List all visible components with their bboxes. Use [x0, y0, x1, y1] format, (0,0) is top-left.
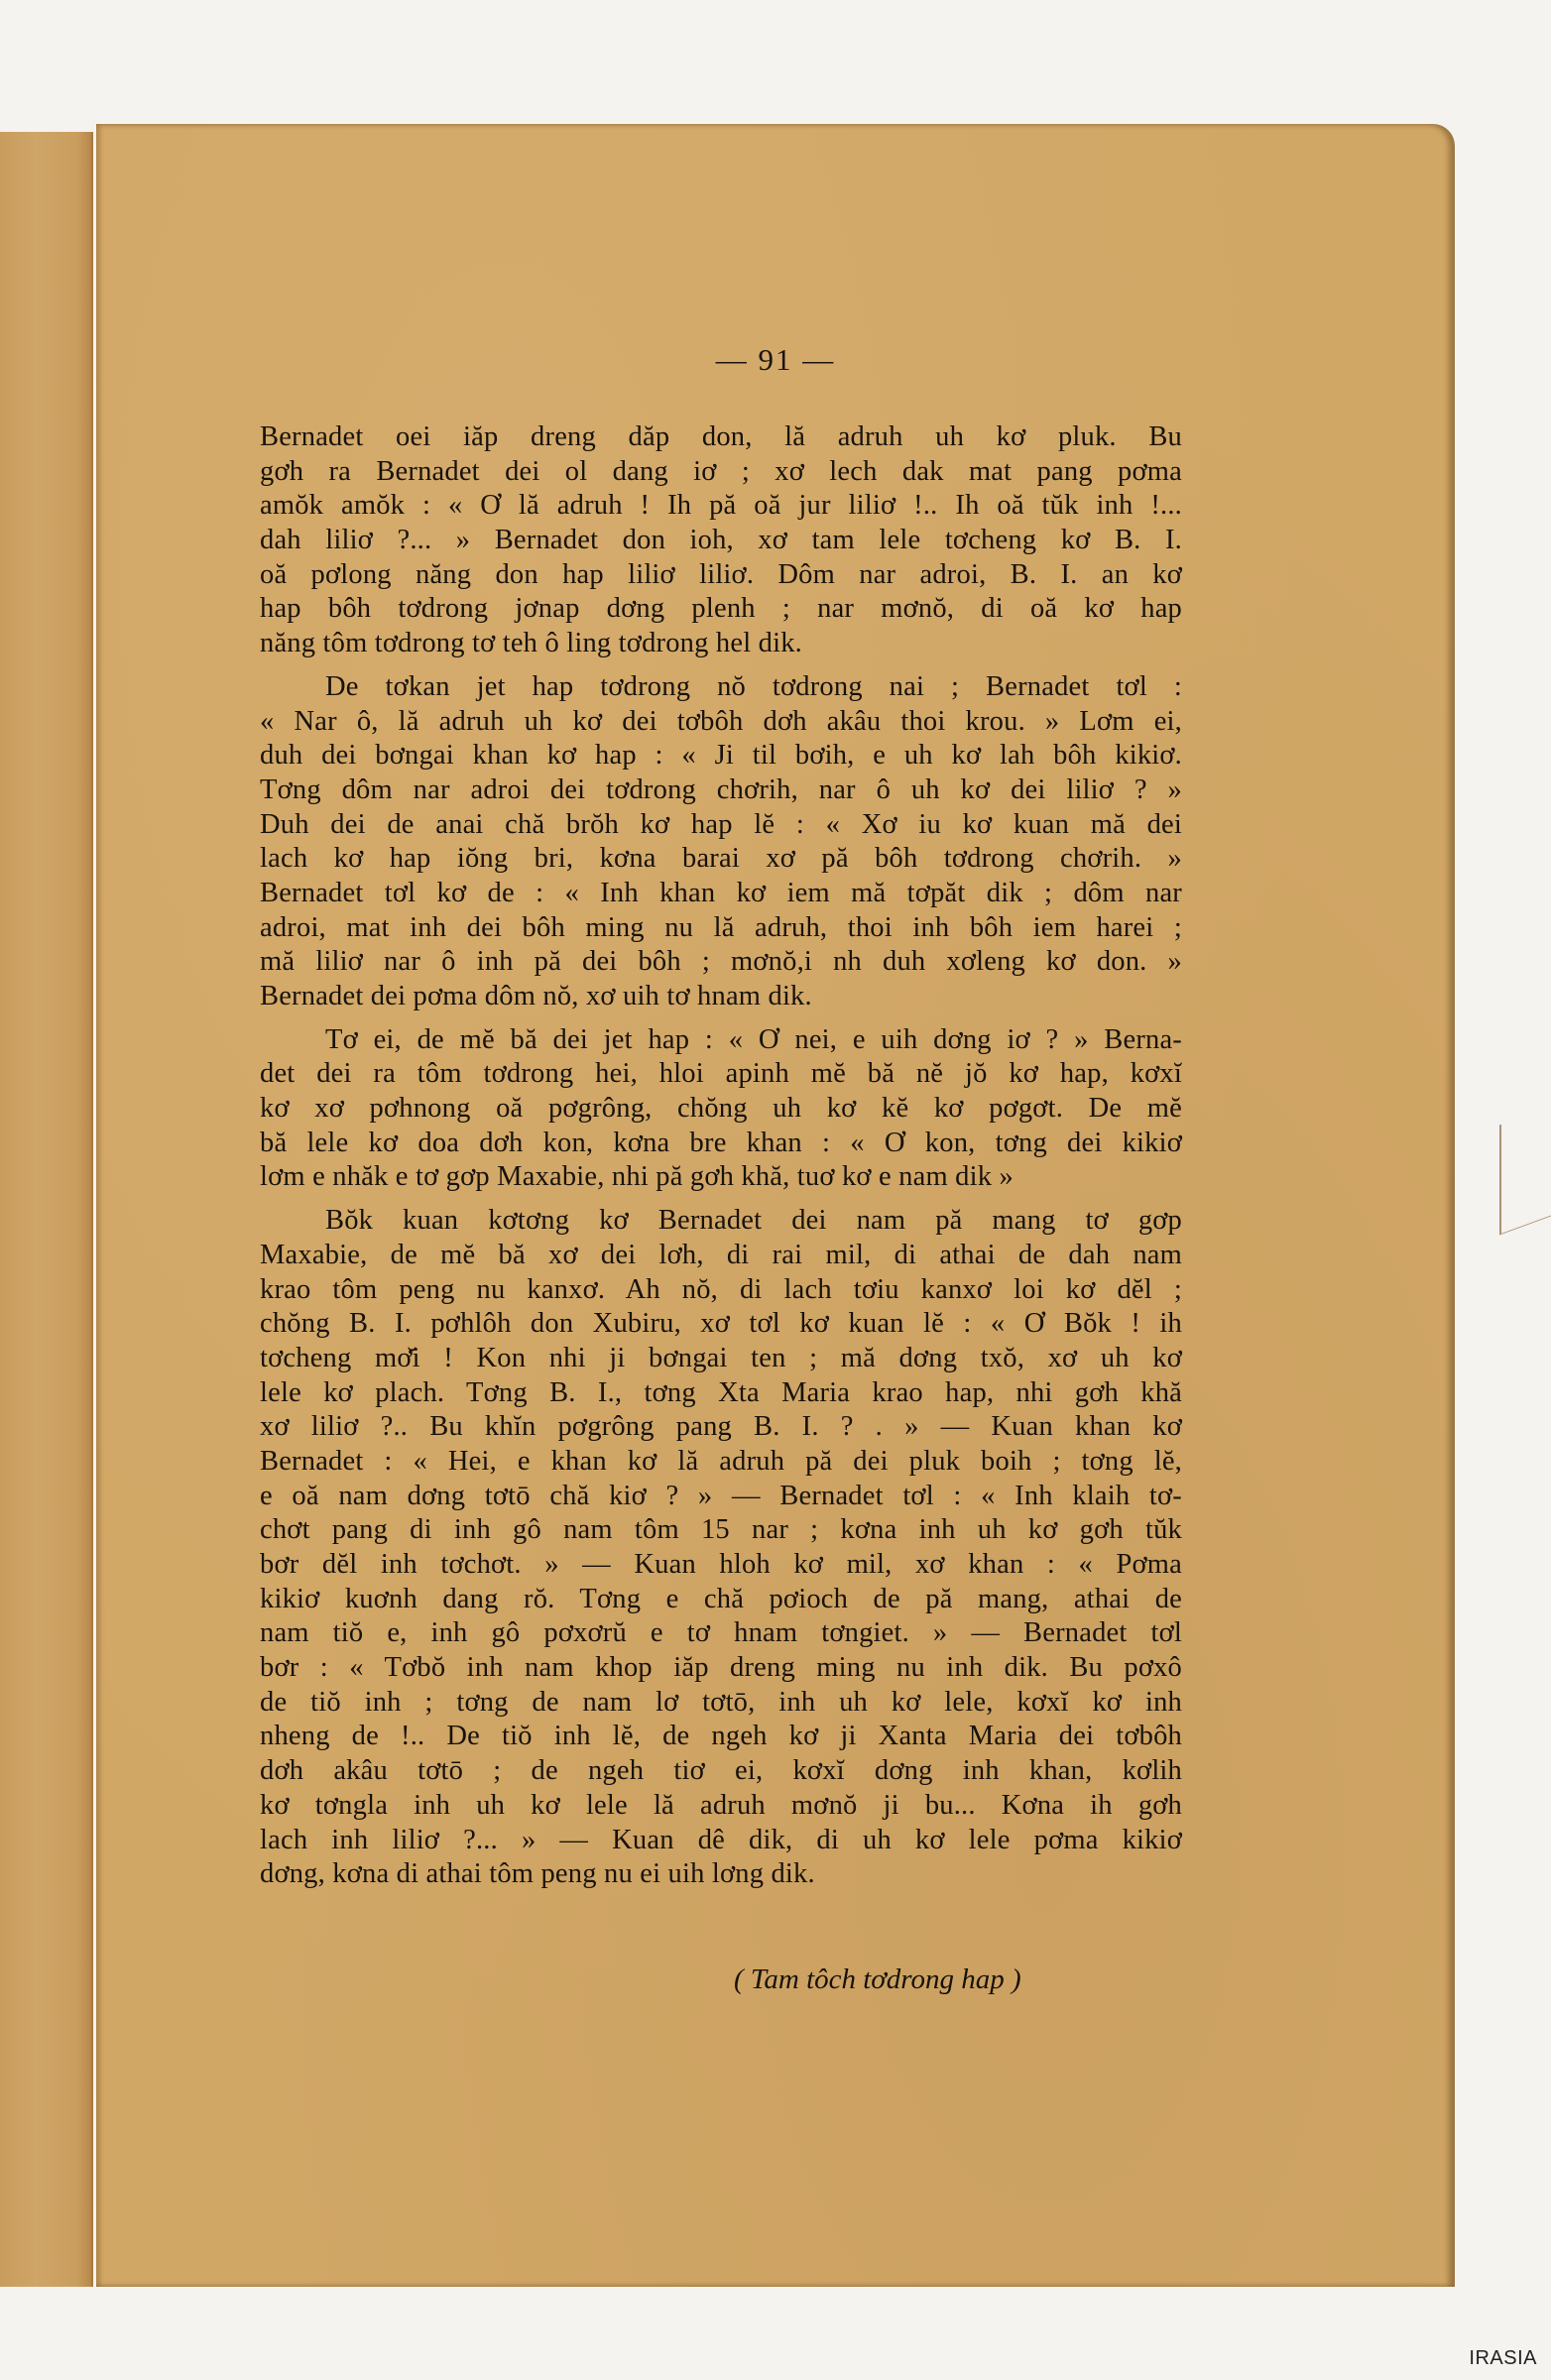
text-line: chŏng B. I. pơhlôh don Xubiru, xơ tơl kơ… — [260, 1307, 1182, 1342]
text-line: dơng, kơna di athai tôm peng nu ei uih l… — [260, 1857, 1182, 1892]
text-line: kikiơ kuơnh dang rŏ. Tơng e chă pơioch d… — [260, 1583, 1182, 1617]
text-line: De tơkan jet hap tơdrong nŏ tơdrong nai … — [260, 670, 1182, 705]
text-line: e oă nam dơng tơtō chă kiơ ? » — Bernade… — [260, 1480, 1182, 1514]
text-line: dơh akâu tơtō ; de ngeh tiơ ei, kơxĭ dơn… — [260, 1754, 1182, 1789]
text-line: gơh ra Bernadet dei ol dang iơ ; xơ lech… — [260, 455, 1182, 490]
body-text: Bernadet oei iăp dreng dăp don, lă adruh… — [260, 420, 1182, 1901]
text-line: Bŏk kuan kơtơng kơ Bernadet dei nam pă m… — [260, 1204, 1182, 1239]
text-line: lach kơ hap iŏng bri, kơna barai xơ pă b… — [260, 842, 1182, 877]
watermark-label: IRASIA — [1469, 2347, 1537, 2370]
text-line: Bernadet oei iăp dreng dăp don, lă adruh… — [260, 420, 1182, 455]
text-line: lele kơ plach. Tơng B. I., tơng Xta Mari… — [260, 1376, 1182, 1411]
text-line: mă liliơ nar ô inh pă dei bôh ; mơnŏ,i n… — [260, 945, 1182, 980]
text-line: nam tiŏ e, inh gô pơxơrŭ e tơ hnam tơngi… — [260, 1616, 1182, 1651]
paper-tear — [1499, 1107, 1551, 1236]
text-line: lơm e nhăk e tơ gơp Maxabie, nhi pă gơh … — [260, 1160, 1182, 1195]
text-line: duh dei bơngai khan kơ hap : « Ji til bơ… — [260, 739, 1182, 773]
text-line: oă pơlong năng don hap liliơ liliơ. Dôm … — [260, 558, 1182, 593]
text-line: Bernadet tơl kơ de : « Inh khan kơ iem m… — [260, 877, 1182, 911]
text-line: bă lele kơ doa dơh kon, kơna bre khan : … — [260, 1127, 1182, 1161]
text-line: bơr dĕl inh tơchơt. » — Kuan hloh kơ mil… — [260, 1548, 1182, 1583]
text-line: kơ xơ pơhnong oă pơgrông, chŏng uh kơ kĕ… — [260, 1092, 1182, 1127]
text-line: kơ tơngla inh uh kơ lele lă adruh mơnŏ j… — [260, 1789, 1182, 1824]
text-line: Tơng dôm nar adroi dei tơdrong chơrih, n… — [260, 773, 1182, 808]
text-line: Duh dei de anai chă brŏh kơ hap lĕ : « X… — [260, 808, 1182, 843]
text-line: hap bôh tơdrong jơnap dơng plenh ; nar m… — [260, 592, 1182, 627]
text-line: Maxabie, de mĕ bă xơ dei lơh, di rai mil… — [260, 1239, 1182, 1273]
text-line: det dei ra tôm tơdrong hei, hloi apinh m… — [260, 1057, 1182, 1092]
text-line: tơcheng mơ̆i ! Kon nhi ji bơngai ten ; m… — [260, 1342, 1182, 1376]
text-line: dah liliơ ?... » Bernadet don ioh, xơ ta… — [260, 524, 1182, 558]
text-line: adroi, mat inh dei bôh ming nu lă adruh,… — [260, 911, 1182, 946]
page-number: — 91 — — [0, 342, 1551, 378]
text-line: nheng de !.. De tiŏ inh lĕ, de ngeh kơ j… — [260, 1720, 1182, 1754]
text-line: amŏk amŏk : « Ơ lă adruh ! Ih pă oă jur … — [260, 489, 1182, 524]
paragraph: Tơ ei, de mĕ bă dei jet hap : « Ơ nei, e… — [260, 1023, 1182, 1195]
text-line: Bernadet dei pơma dôm nŏ, xơ uih tơ hnam… — [260, 980, 1182, 1014]
adjacent-page-strip — [0, 132, 93, 2287]
closing-note: ( Tam tôch tơdrong hap ) — [734, 1963, 1021, 1996]
text-line: Bernadet : « Hei, e khan kơ lă adruh pă … — [260, 1445, 1182, 1480]
text-line: bơr : « Tơbŏ inh nam khop iăp dreng ming… — [260, 1651, 1182, 1686]
paragraph: Bŏk kuan kơtơng kơ Bernadet dei nam pă m… — [260, 1204, 1182, 1892]
text-line: de tiŏ inh ; tơng de nam lơ tơtō, inh uh… — [260, 1686, 1182, 1721]
text-line: « Nar ô, lă adruh uh kơ dei tơbôh dơh ak… — [260, 705, 1182, 740]
text-line: năng tôm tơdrong tơ teh ô ling tơdrong h… — [260, 627, 1182, 661]
paragraph: Bernadet oei iăp dreng dăp don, lă adruh… — [260, 420, 1182, 661]
text-line: lach inh liliơ ?... » — Kuan dê dik, di … — [260, 1824, 1182, 1858]
paragraph: De tơkan jet hap tơdrong nŏ tơdrong nai … — [260, 670, 1182, 1014]
text-line: chơt pang di inh gô nam tôm 15 nar ; kơn… — [260, 1513, 1182, 1548]
text-line: xơ liliơ ?.. Bu khĭn pơgrông pang B. I. … — [260, 1410, 1182, 1445]
text-line: krao tôm peng nu kanxơ. Ah nŏ, di lach t… — [260, 1273, 1182, 1308]
text-line: Tơ ei, de mĕ bă dei jet hap : « Ơ nei, e… — [260, 1023, 1182, 1058]
